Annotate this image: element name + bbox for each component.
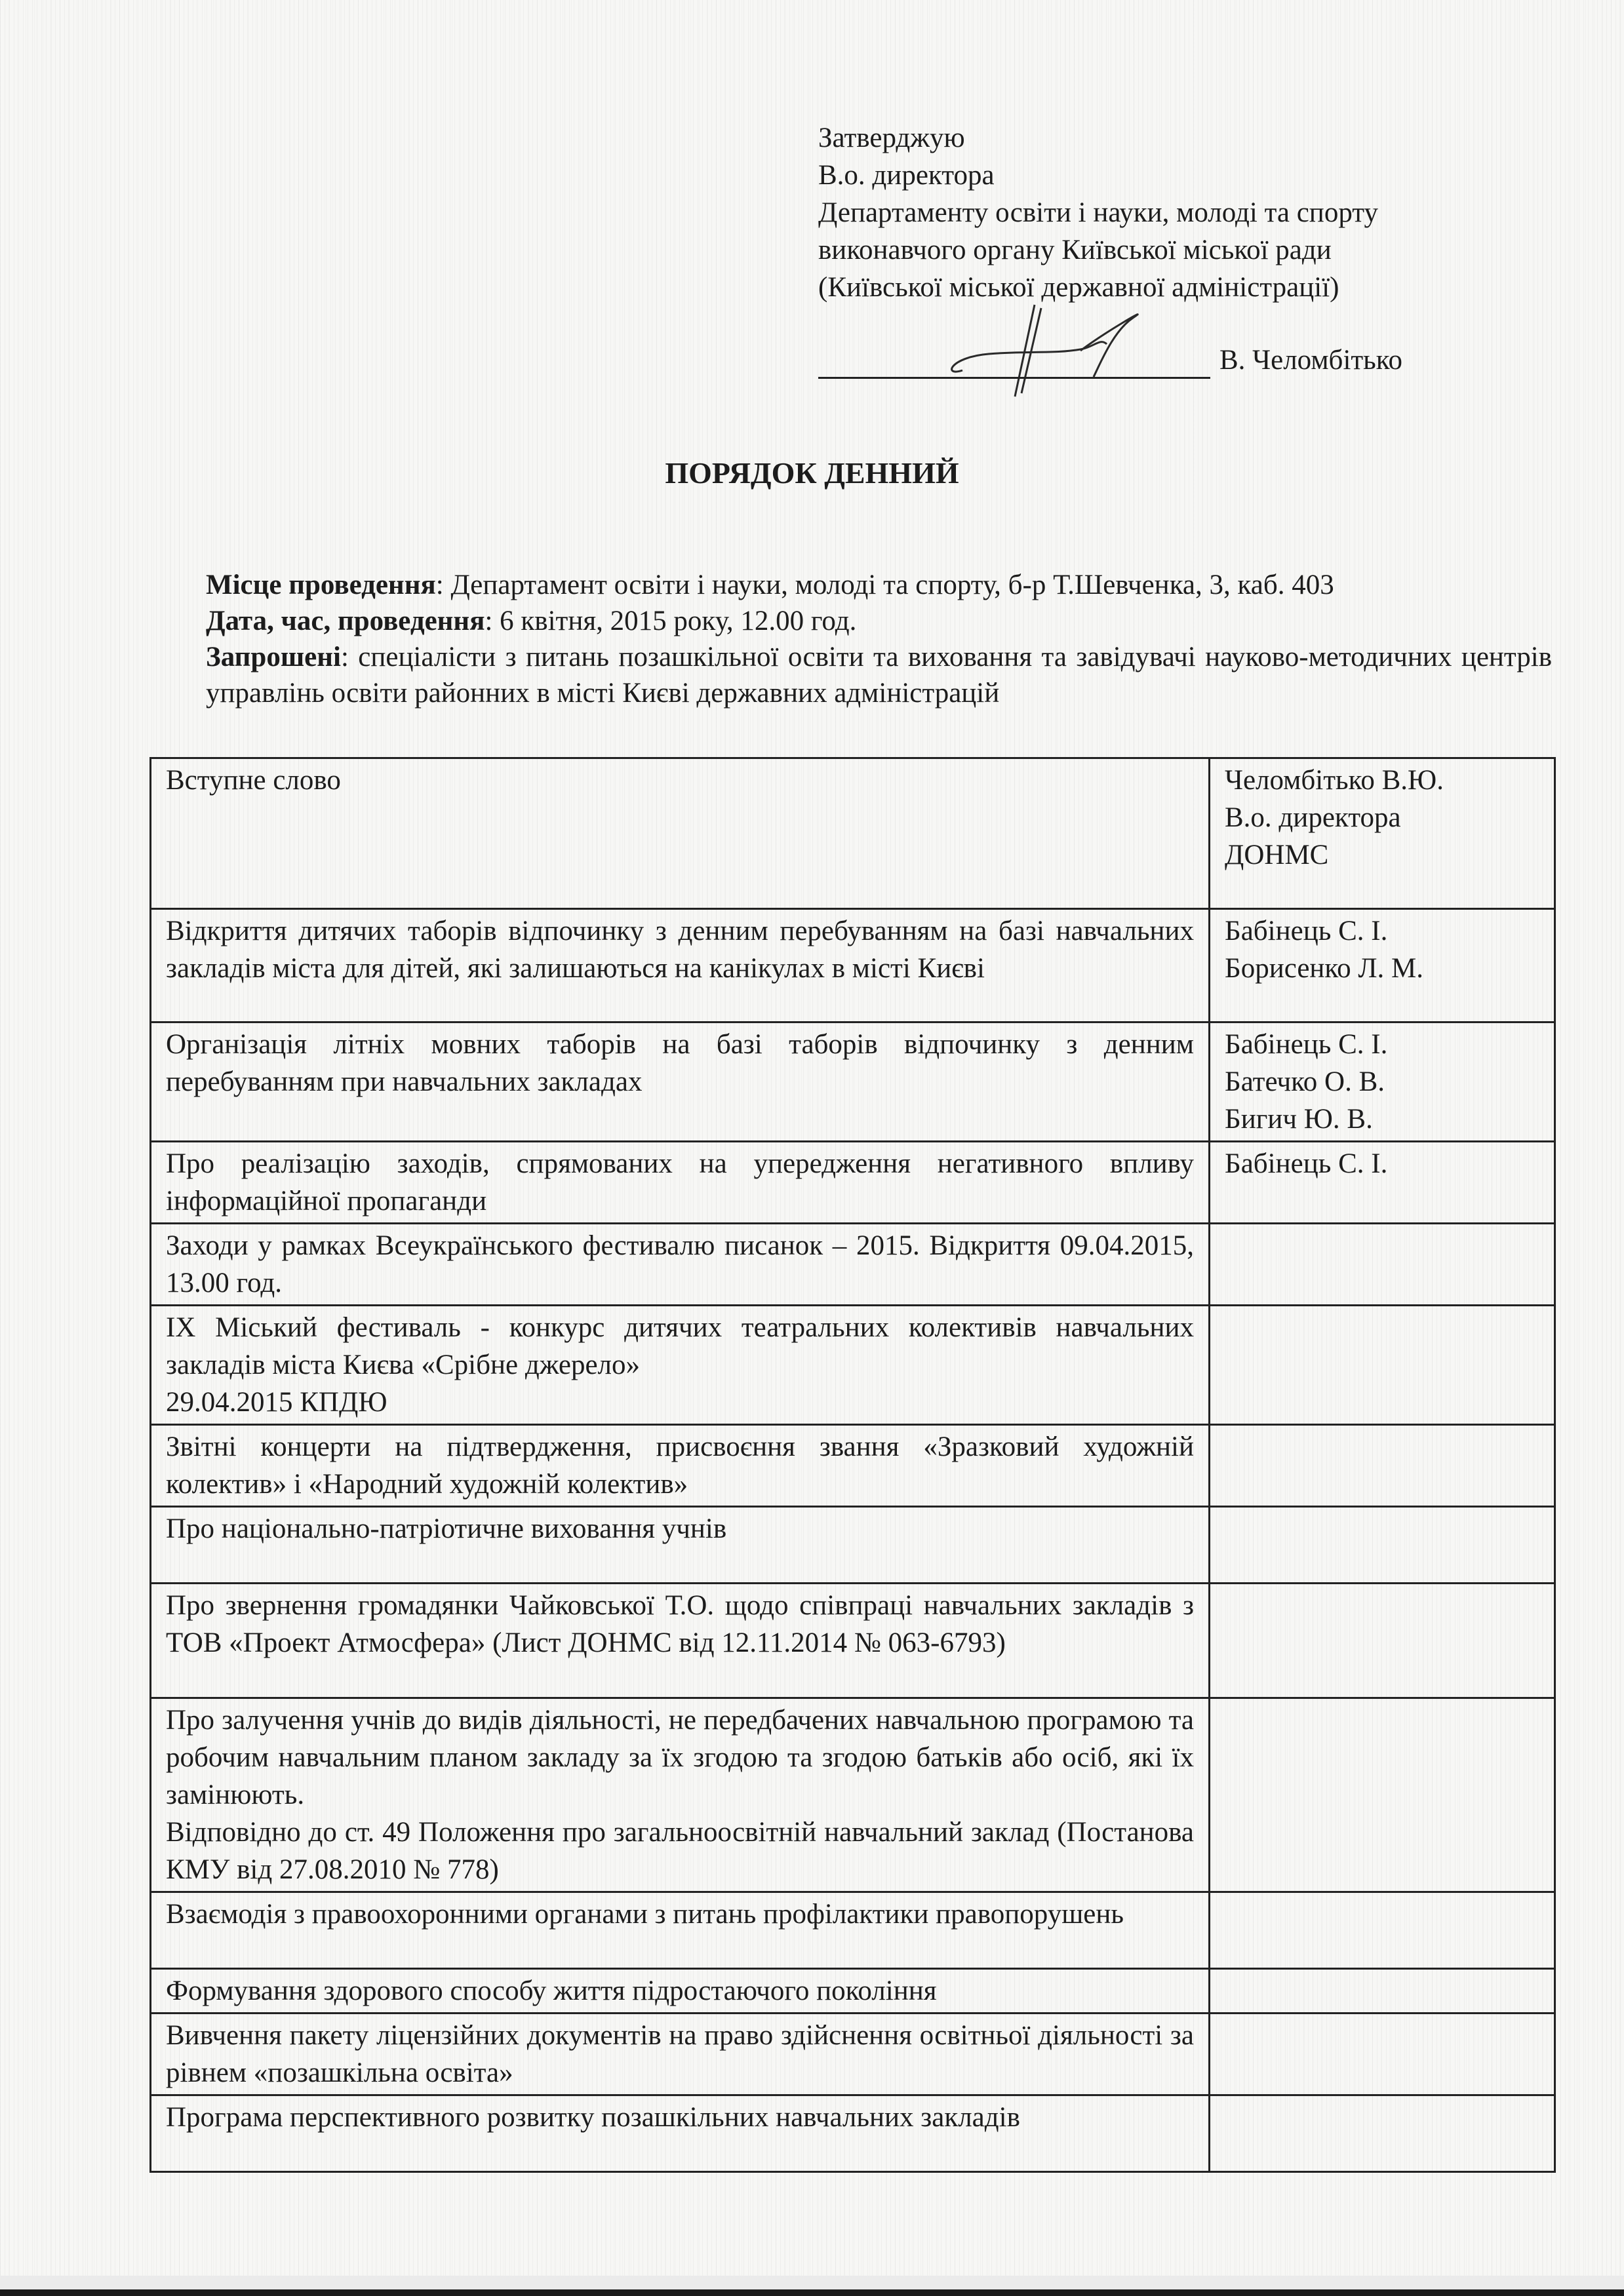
topic-text: Програма перспективного розвитку позашкі… (166, 2099, 1194, 2136)
invited-label: Запрошені (206, 642, 341, 672)
agenda-topic: Про реалізацію заходів, спрямованих на у… (151, 1142, 1210, 1224)
agenda-row: Відкриття дитячих таборів відпочинку з д… (151, 909, 1555, 1022)
topic-text: Відповідно до ст. 49 Положення про загал… (166, 1814, 1194, 1888)
agenda-speakers (1210, 1969, 1555, 2014)
meeting-details: Місце проведення: Департамент освіти і н… (206, 567, 1552, 711)
speaker-name: Бабінець С. І. (1225, 1145, 1539, 1182)
agenda-speakers (1210, 2014, 1555, 2095)
topic-text: Відкриття дитячих таборів відпочинку з д… (166, 912, 1194, 987)
topic-text: Про національно-патріотичне виховання уч… (166, 1510, 1194, 1547)
topic-text: Про звернення громадянки Чайковської Т.О… (166, 1587, 1194, 1662)
speaker-name: Батечко О. В. (1225, 1063, 1539, 1100)
agenda-topic: Організація літніх мовних таборів на баз… (151, 1022, 1210, 1142)
agenda-topic: Вступне слово (151, 758, 1210, 909)
agenda-row: Організація літніх мовних таборів на баз… (151, 1022, 1555, 1142)
agenda-speakers: Бабінець С. І.Батечко О. В.Бигич Ю. В. (1210, 1022, 1555, 1142)
topic-text: Взаємодія з правоохоронними органами з п… (166, 1896, 1194, 1933)
agenda-row: Формування здорового способу життя підро… (151, 1969, 1555, 2014)
meeting-place: Місце проведення: Департамент освіти і н… (206, 567, 1552, 603)
topic-text: Вступне слово (166, 762, 1194, 799)
date-value: : 6 квітня, 2015 року, 12.00 год. (485, 606, 856, 636)
agenda-speakers (1210, 1698, 1555, 1892)
approval-block: Затверджую В.о. директора Департаменту о… (818, 119, 1378, 306)
meeting-date: Дата, час, проведення: 6 квітня, 2015 ро… (206, 603, 1552, 639)
topic-text: Про залучення учнів до видів діяльності,… (166, 1702, 1194, 1814)
agenda-topic: Про національно-патріотичне виховання уч… (151, 1507, 1210, 1584)
agenda-row: Про залучення учнів до видів діяльності,… (151, 1698, 1555, 1892)
invited-value: : спеціалісти з питань позашкільної осві… (206, 642, 1552, 709)
agenda-speakers (1210, 1224, 1555, 1306)
signatory-name: В. Челомбітько (1219, 344, 1402, 376)
place-label: Місце проведення (206, 570, 436, 600)
agenda-speakers (1210, 1425, 1555, 1507)
scanner-border (0, 2289, 1624, 2296)
date-label: Дата, час, проведення (206, 606, 485, 636)
signature-row: В. Челомбітько (818, 331, 1474, 383)
approval-line: Департаменту освіти і науки, молоді та с… (818, 194, 1378, 231)
agenda-row: Про національно-патріотичне виховання уч… (151, 1507, 1555, 1584)
agenda-speakers (1210, 1892, 1555, 1969)
topic-text: Заходи у рамках Всеукраїнського фестивал… (166, 1227, 1194, 1302)
agenda-body: Вступне словоЧеломбітько В.Ю.В.о. директ… (151, 758, 1555, 2172)
agenda-topic: Формування здорового способу життя підро… (151, 1969, 1210, 2014)
agenda-speakers: Бабінець С. І.Борисенко Л. М. (1210, 909, 1555, 1022)
agenda-row: Вивчення пакету ліцензійних документів н… (151, 2014, 1555, 2095)
agenda-topic: Звітні концерти на підтвердження, присво… (151, 1425, 1210, 1507)
agenda-topic: IX Міський фестиваль - конкурс дитячих т… (151, 1306, 1210, 1425)
agenda-row: Програма перспективного розвитку позашкі… (151, 2095, 1555, 2172)
agenda-topic: Взаємодія з правоохоронними органами з п… (151, 1892, 1210, 1969)
agenda-topic: Заходи у рамках Всеукраїнського фестивал… (151, 1224, 1210, 1306)
agenda-speakers (1210, 2095, 1555, 2172)
topic-text: Формування здорового способу життя підро… (166, 1972, 1194, 2010)
agenda-row: Вступне словоЧеломбітько В.Ю.В.о. директ… (151, 758, 1555, 909)
agenda-topic: Відкриття дитячих таборів відпочинку з д… (151, 909, 1210, 1022)
agenda-topic: Програма перспективного розвитку позашкі… (151, 2095, 1210, 2172)
speaker-name: Челомбітько В.Ю. (1225, 762, 1539, 799)
topic-text: Про реалізацію заходів, спрямованих на у… (166, 1145, 1194, 1220)
meeting-invited: Запрошені: спеціалісти з питань позашкіл… (206, 639, 1552, 711)
topic-text: Вивчення пакету ліцензійних документів н… (166, 2017, 1194, 2092)
agenda-topic: Про залучення учнів до видів діяльності,… (151, 1698, 1210, 1892)
speaker-name: Бабінець С. І. (1225, 912, 1539, 950)
agenda-row: Про звернення громадянки Чайковської Т.О… (151, 1584, 1555, 1698)
agenda-row: Звітні концерти на підтвердження, присво… (151, 1425, 1555, 1507)
speaker-name: Борисенко Л. М. (1225, 950, 1539, 987)
place-value: : Департамент освіти і науки, молоді та … (436, 570, 1334, 600)
scanner-edge (0, 2276, 1624, 2289)
agenda-row: Заходи у рамках Всеукраїнського фестивал… (151, 1224, 1555, 1306)
speaker-name: В.о. директора (1225, 799, 1539, 836)
agenda-row: Взаємодія з правоохоронними органами з п… (151, 1892, 1555, 1969)
speaker-name: Бабінець С. І. (1225, 1026, 1539, 1063)
topic-text: 29.04.2015 КПДЮ (166, 1384, 1194, 1421)
handwritten-signature-icon (936, 292, 1212, 403)
agenda-row: IX Міський фестиваль - конкурс дитячих т… (151, 1306, 1555, 1425)
agenda-speakers (1210, 1584, 1555, 1698)
speaker-name: Бигич Ю. В. (1225, 1100, 1539, 1138)
agenda-speakers (1210, 1507, 1555, 1584)
approval-line: В.о. директора (818, 157, 1378, 194)
signature-line (818, 377, 1210, 379)
agenda-speakers (1210, 1306, 1555, 1425)
topic-text: IX Міський фестиваль - конкурс дитячих т… (166, 1309, 1194, 1384)
topic-text: Звітні концерти на підтвердження, присво… (166, 1428, 1194, 1503)
topic-text: Організація літніх мовних таборів на баз… (166, 1026, 1194, 1100)
speaker-name: ДОНМС (1225, 836, 1539, 874)
approval-line: виконавчого органу Київської міської рад… (818, 231, 1378, 269)
agenda-table: Вступне словоЧеломбітько В.Ю.В.о. директ… (149, 757, 1556, 2173)
agenda-topic: Вивчення пакету ліцензійних документів н… (151, 2014, 1210, 2095)
agenda-topic: Про звернення громадянки Чайковської Т.О… (151, 1584, 1210, 1698)
agenda-speakers: Бабінець С. І. (1210, 1142, 1555, 1224)
approval-line: Затверджую (818, 119, 1378, 157)
agenda-speakers: Челомбітько В.Ю.В.о. директораДОНМС (1210, 758, 1555, 909)
page-title: ПОРЯДОК ДЕННИЙ (0, 456, 1624, 490)
agenda-row: Про реалізацію заходів, спрямованих на у… (151, 1142, 1555, 1224)
